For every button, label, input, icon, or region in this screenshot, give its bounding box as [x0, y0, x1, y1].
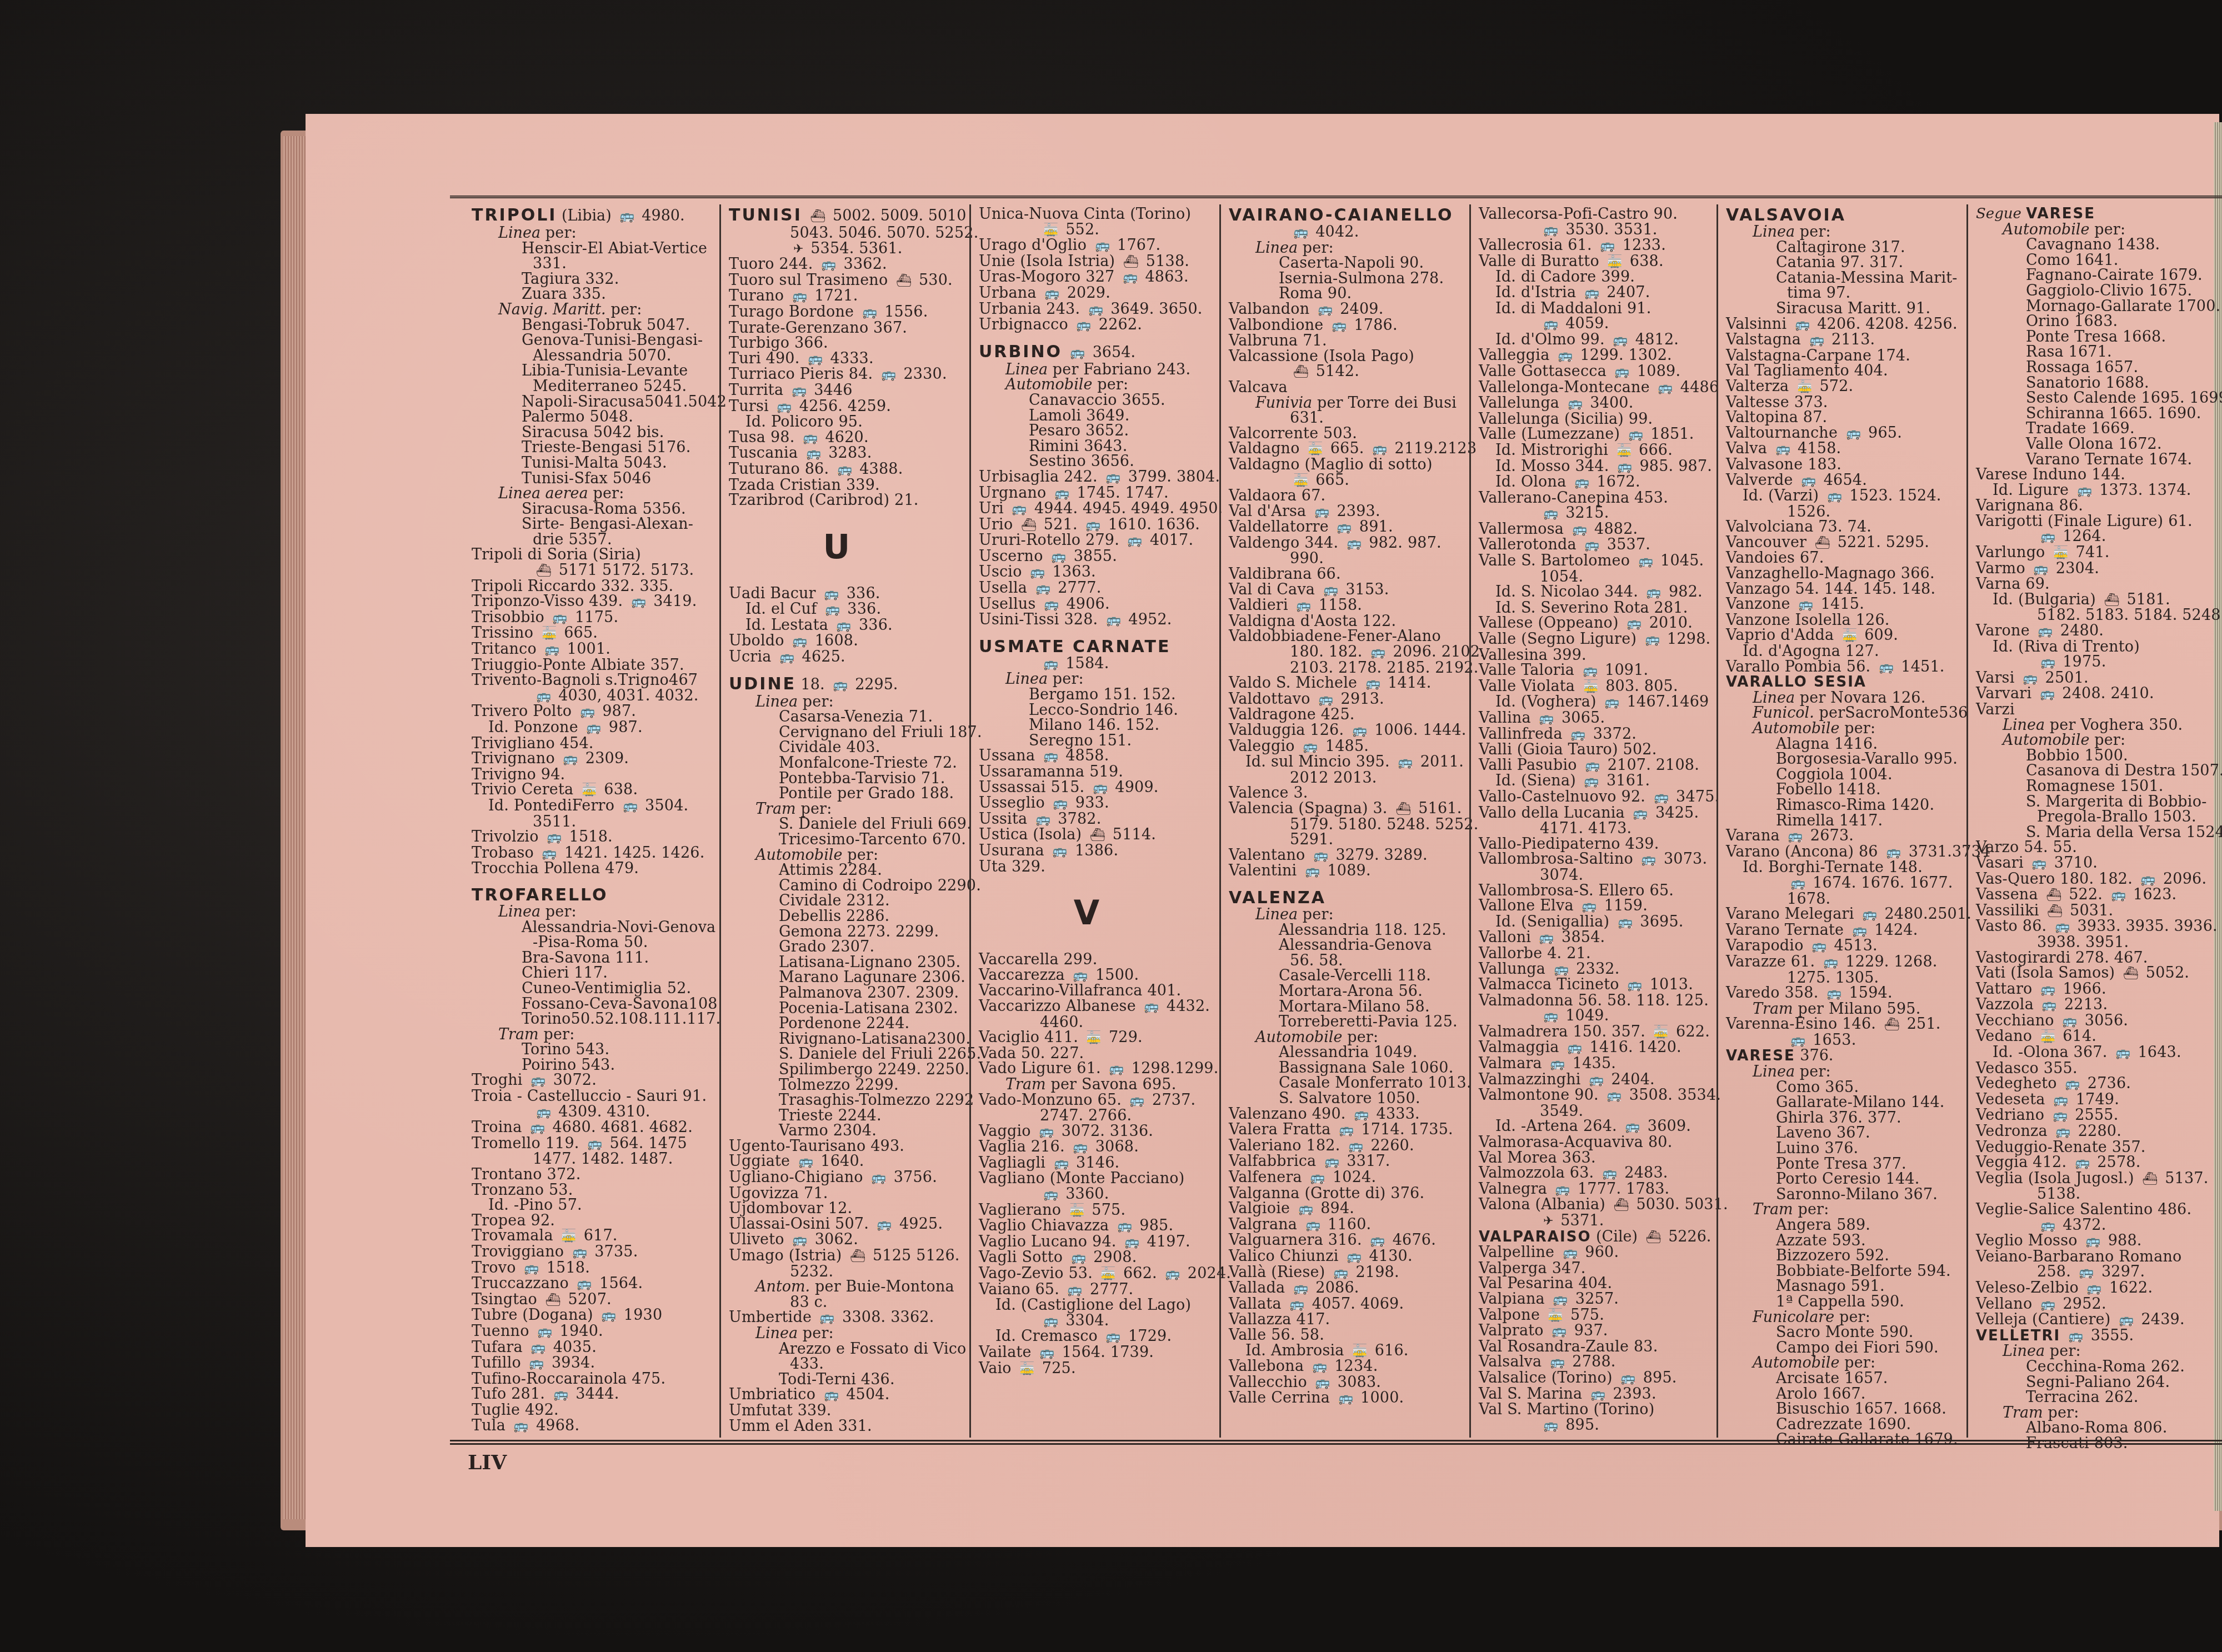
entry: Vallata 🚌 4057. 4069. [1229, 1296, 1467, 1313]
entry: Tromello 119. 🚌 564. 1475 [472, 1136, 719, 1152]
entry: Vastogirardi 278. 467. [1976, 950, 2219, 966]
boat-icon: ⛴ [546, 1293, 560, 1308]
entry: Valdigna d'Aosta 122. [1229, 614, 1467, 629]
bus-icon: 🚌 [553, 1387, 567, 1403]
bus-icon: 🚌 [792, 289, 806, 304]
bus-icon: 🚌 [1627, 616, 1640, 632]
sub-entry: Schiranna 1665. 1690. [1976, 406, 2219, 422]
bus-icon: 🚌 [1563, 1245, 1577, 1261]
section-heading: VARALLO SESIA [1726, 675, 1964, 690]
sub-entry: Latisana-Lignano 2305. [729, 955, 967, 970]
entry: Urago d'Oglio 🚌 1767. [979, 238, 1217, 254]
bus-icon: 🚌 [2087, 1281, 2101, 1296]
entry: Varallo Pombia 56. 🚌 1451. [1726, 659, 1964, 675]
idem-entry: Id. S. Nicolao 344. 🚌 982. [1479, 584, 1716, 600]
bus-icon: 🚌 [1886, 845, 1900, 860]
continuation: 🚌 1264. [1976, 529, 2219, 545]
entry: Tula 🚌 4968. [472, 1418, 719, 1434]
sub-entry: Cairate-Gallarate 1679. [1726, 1432, 1964, 1448]
bus-icon: 🚌 [587, 720, 600, 736]
connection-type: Linea per: [1229, 241, 1467, 256]
entry: Val S. Martino (Torino) [1479, 1402, 1716, 1418]
entry: Valbandon 🚌 2409. [1229, 302, 1467, 318]
tram-icon: 🚋 [1654, 1025, 1668, 1040]
bus-icon: 🚌 [833, 677, 847, 694]
entry: Valtopina 87. [1726, 410, 1964, 425]
bus-icon: 🚌 [821, 257, 835, 273]
tram-icon: 🚋 [1842, 628, 1856, 644]
entry: Vandoies 67. [1726, 550, 1964, 566]
bus-icon: 🚌 [1315, 1375, 1329, 1391]
bus-icon: 🚌 [1070, 344, 1084, 362]
entry: Tusa 98. 🚌 4620. [729, 430, 967, 446]
bus-icon: 🚌 [1332, 318, 1345, 334]
bus-icon: 🚌 [619, 208, 633, 226]
bus-icon: 🚌 [1093, 780, 1107, 796]
letter-divider: U [729, 525, 967, 569]
italic-label: Automobile [755, 847, 842, 864]
entry: Varano Ternate 🚌 1424. [1726, 923, 1964, 939]
continuation: 5043. 5046. 5070. 5252. [729, 226, 967, 241]
heading-detail: 🚌 3555. [2060, 1327, 2134, 1344]
bus-icon: 🚌 [1323, 583, 1337, 598]
continuation: 331. [472, 256, 719, 272]
sub-entry: Terracina 262. [1976, 1390, 2219, 1405]
entry: Vanzago 54. 144. 145. 148. [1726, 582, 1964, 597]
sub-entry: Milano 146. 152. [979, 718, 1217, 733]
bus-icon: 🚌 [1165, 1266, 1179, 1282]
sub-entry: Cecchina-Roma 262. [1976, 1359, 2219, 1375]
entry: Valva 🚌 4158. [1726, 441, 1964, 457]
entry: Valentini 🚌 1089. [1229, 863, 1467, 879]
sub-entry: Fossano-Ceva-Savona108 [472, 997, 719, 1012]
entry: Valli (Gioia Tauro) 502. [1479, 742, 1716, 758]
continuation: 🚌 895. [1479, 1418, 1716, 1434]
bus-icon: 🚌 [2119, 1313, 2133, 1328]
connection-type: Tram per: [472, 1027, 719, 1043]
sub-entry: Casarsa-Venezia 71. [729, 709, 967, 725]
continuation: 5179. 5180. 5248. 5252. [1229, 817, 1467, 833]
boat-icon: ⛴ [1884, 1017, 1899, 1033]
italic-label: Tram [1753, 1000, 1793, 1018]
entry: Tritanco 🚌 1001. [472, 642, 719, 658]
sub-entry: Rimini 3643. [979, 439, 1217, 454]
tram-icon: 🚋 [1293, 473, 1307, 489]
entry: Vallo della Lucania 🚌 3425. [1479, 805, 1716, 822]
heading-detail: ⛴ 5002. 5009. 5010 [802, 207, 967, 224]
sub-entry: S. Maria della Versa 1524. [1976, 825, 2219, 840]
sub-entry: Alagna 1416. [1726, 737, 1964, 752]
entry: Valdagno 🚋 665. 🚌 2119.2123 [1229, 441, 1467, 457]
entry: Tronzano 53. [472, 1183, 719, 1198]
entry: Vedasco 355. [1976, 1061, 2219, 1077]
bus-icon: 🚌 [1298, 1202, 1312, 1217]
italic-label: Funivia [1255, 394, 1312, 412]
bus-icon: 🚌 [1574, 475, 1588, 490]
bus-icon: 🚌 [1799, 597, 1813, 613]
entry: Valstagna-Carpane 174. [1726, 348, 1964, 364]
entry: Vasto 86. 🚌 3933. 3935. 3936. [1976, 919, 2219, 935]
section-heading: VAIRANO-CAIANELLO [1229, 207, 1467, 224]
boat-icon: ⛴ [1021, 518, 1035, 533]
italic-label: Linea [1753, 223, 1795, 241]
entry: Usini-Tissi 328. 🚌 4952. [979, 612, 1217, 628]
sub-entry: Bengasi-Tobruk 5047. [472, 318, 719, 333]
bus-icon: 🚌 [2056, 1124, 2070, 1140]
bus-icon: 🚌 [1553, 1292, 1567, 1308]
tram-icon: 🚋 [1352, 1344, 1366, 1359]
connection-type: Automobile per: [1726, 1355, 1964, 1371]
idem-entry: Id. Mistrorighi 🚋 666. [1479, 443, 1716, 459]
sub-entry: Genova-Tunisi-Bengasi- [472, 333, 719, 348]
entry: Vedeseta 🚌 1749. [1976, 1092, 2219, 1108]
sub-entry: Pontebba-Tarvisio 71. [729, 771, 967, 787]
section-heading: TUNISI ⛴ 5002. 5009. 5010 [729, 207, 967, 226]
entry: Valdragone 425. [1229, 707, 1467, 723]
bus-icon: 🚌 [524, 1261, 538, 1276]
bus-icon: 🚌 [2040, 687, 2054, 702]
bus-icon: 🚌 [1348, 1139, 1362, 1154]
bus-icon: 🚌 [2063, 1014, 2076, 1029]
bus-icon: 🚌 [2115, 1045, 2129, 1061]
connection-type: Linea per Fabriano 243. [979, 362, 1217, 378]
sub-entry: Casale-Vercelli 118. [1229, 968, 1467, 984]
connection-type: Automobile per: [1976, 222, 2219, 238]
connection-type: Automobile per: [1726, 721, 1964, 737]
entry: Vallada 🚌 2086. [1229, 1280, 1467, 1296]
sub-entry: Pesaro 3652. [979, 423, 1217, 439]
boat-icon: ⛴ [2104, 593, 2119, 608]
tram-icon: 🚋 [1308, 442, 1322, 457]
entry: Varone 🚌 2480. [1976, 623, 2219, 639]
tram-icon: 🚋 [1617, 443, 1630, 459]
bus-icon: 🚌 [1054, 1156, 1068, 1172]
entry: Valduggia 126. 🚌 1006. 1444. [1229, 723, 1467, 739]
entry: Valle di Buratto 🚋 638. [1479, 254, 1716, 270]
bus-icon: 🚌 [531, 1340, 544, 1356]
entry: Ugento-Taurisano 493. [729, 1139, 967, 1154]
entry: Vailate 🚌 1564. 1739. [979, 1345, 1217, 1361]
bus-icon: 🚌 [1642, 852, 1655, 868]
entry: Vanzaghello-Magnago 366. [1726, 566, 1964, 582]
sub-entry: Casale Monferrato 1013. [1229, 1075, 1467, 1091]
entry: Valmaggia 🚌 1416. 1420. [1479, 1040, 1716, 1056]
entry: Urbignacco 🚌 2262. [979, 317, 1217, 333]
entry: Valle Gottasecca 🚌 1089. [1479, 364, 1716, 380]
entry: Varapodio 🚌 4513. [1726, 938, 1964, 954]
sub-entry: Frascati 803. [1976, 1436, 2219, 1451]
entry: Tufara 🚌 4035. [472, 1340, 719, 1356]
bus-icon: 🚌 [545, 642, 559, 658]
bus-icon: 🚌 [1823, 955, 1837, 970]
continuation: 🚌 3530. 3531. [1479, 222, 1716, 238]
sub-entry: Varmo 2304. [729, 1123, 967, 1139]
bus-icon: 🚌 [1130, 1093, 1144, 1109]
bus-icon: 🚌 [1071, 1250, 1085, 1266]
sub-entry: 1ª Cappella 590. [1726, 1294, 1964, 1310]
idem-entry: Id. -Olona 367. 🚌 1643. [1976, 1045, 2219, 1061]
continuation: 1054. [1479, 569, 1716, 585]
entry: Valico Chiunzi 🚌 4130. [1229, 1249, 1467, 1265]
sub-entry: Todi-Terni 436. [729, 1372, 967, 1388]
entry: Turriaco Pieris 84. 🚌 2330. [729, 367, 967, 383]
heading-detail: 🚌 3654. [1062, 344, 1135, 361]
bus-icon: 🚌 [1584, 286, 1598, 301]
sub-entry: Masnago 591. [1726, 1279, 1964, 1294]
bus-icon: 🚌 [1293, 1281, 1307, 1296]
bus-icon: 🚌 [1583, 663, 1597, 679]
bus-icon: 🚌 [1352, 723, 1366, 739]
entry: Turbigo 366. [729, 336, 967, 351]
entry: Trivento-Bagnoli s.Trigno467 [472, 673, 719, 688]
bus-icon: 🚌 [1312, 1359, 1326, 1375]
entry: Tuturano 86. 🚌 4388. [729, 462, 967, 478]
entry: Uggiate 🚌 1640. [729, 1154, 967, 1170]
idem-entry: Id. -Artena 264. 🚌 3609. [1479, 1119, 1716, 1135]
italic-label: Linea [1005, 670, 1048, 688]
entry: Varlungo 🚋 741. [1976, 545, 2219, 561]
entry: Vaccarezza 🚌 1500. [979, 968, 1217, 984]
continuation: 3511. [472, 814, 719, 830]
entry: Vallo-Castelnuovo 92. 🚌 3475. [1479, 789, 1716, 805]
bus-icon: 🚌 [1572, 522, 1586, 538]
idem-entry: Id. (Riva di Trento) [1976, 639, 2219, 655]
continuation: 2012 2013. [1229, 770, 1467, 786]
entry: Vazzola 🚌 2213. [1976, 997, 2219, 1013]
sub-entry: Ghirla 376. 377. [1726, 1110, 1964, 1126]
bus-icon: 🚌 [1620, 1371, 1634, 1386]
bus-icon: 🚌 [572, 1245, 586, 1260]
entry: Umbriatico 🚌 4504. [729, 1387, 967, 1403]
sub-entry: Cuneo-Ventimiglia 52. [472, 981, 719, 997]
bus-icon: 🚌 [2053, 1093, 2067, 1108]
italic-label: Tram [755, 800, 796, 818]
entry: Vaglio Lucano 94. 🚌 4197. [979, 1234, 1217, 1250]
sub-entry: Torreberetti-Pavia 125. [1229, 1014, 1467, 1030]
bus-icon: 🚌 [1117, 1219, 1131, 1234]
continuation: 2103. 2178. 2185. 2192. [1229, 660, 1467, 676]
entry: Vallina 🚌 3065. [1479, 710, 1716, 727]
bus-icon: 🚌 [1567, 1040, 1581, 1056]
connection-type: Antom. per Buie-Montona [729, 1279, 967, 1295]
boat-icon: ⛴ [810, 208, 824, 226]
sub-entry: Camino di Codroipo 2290. [729, 878, 967, 894]
entry: Trontano 372. [472, 1167, 719, 1183]
continuation: 🚌 4042. [1229, 224, 1467, 241]
boat-icon: ⛴ [536, 563, 551, 579]
entry: Uta 329. [979, 859, 1217, 875]
bus-icon: 🚌 [2038, 624, 2052, 639]
entry: Valmontone 90. 🚌 3508. 3534. [1479, 1088, 1716, 1104]
idem-entry: Id. d'Istria 🚌 2407. [1479, 285, 1716, 301]
continuation: 433. [729, 1356, 967, 1372]
entry: Valsalice (Torino) 🚌 895. [1479, 1370, 1716, 1386]
bus-icon: 🚌 [1638, 554, 1652, 569]
continuation: Pregola-Brallo 1503. [1976, 809, 2219, 825]
entry: Val d'Arsa 🚌 2393. [1229, 504, 1467, 520]
idem-entry: Id. Ambrosia 🚋 616. [1229, 1343, 1467, 1359]
entry: Valeggio 🚌 1485. [1229, 739, 1467, 755]
continuation: 3549. [1479, 1104, 1716, 1119]
sub-entry: Coggiola 1004. [1726, 767, 1964, 783]
connection-type: Linea per: [979, 672, 1217, 687]
idem-entry: Id. Mosso 344. 🚌 985. 987. [1479, 459, 1716, 475]
bus-icon: 🚌 [1801, 473, 1815, 489]
connection-type: Funicolare per: [1726, 1310, 1964, 1325]
entry: Ussaramanna 519. [979, 764, 1217, 780]
tram-icon: 🚋 [1608, 254, 1622, 270]
sub-entry: Arolo 1667. [1726, 1386, 1964, 1402]
entry: Vaccarino-Villafranca 401. [979, 983, 1217, 999]
bus-icon: 🚌 [1372, 442, 1386, 457]
entry: Troviggiano 🚌 3735. [472, 1244, 719, 1260]
sub-entry: Mortara-Arona 56. [1229, 984, 1467, 999]
entry: Turano 🚌 1721. [729, 288, 967, 304]
entry: Veduggio-Renate 357. [1976, 1140, 2219, 1155]
sub-entry: Arezzo e Fossato di Vico [729, 1341, 967, 1357]
entry: Varmo 🚌 2304. [1976, 561, 2219, 577]
bus-icon: 🚌 [803, 430, 817, 446]
entry: Vaccarella 299. [979, 952, 1217, 968]
bus-icon: 🚌 [1584, 774, 1598, 789]
sub-entry: Trasaghis-Tolmezzo 2292 [729, 1093, 967, 1108]
sub-entry: Bra-Savona 111. [472, 950, 719, 966]
italic-label: Linea [1005, 361, 1048, 378]
bus-icon: 🚌 [1550, 1057, 1564, 1072]
entry: Vaiano 65. 🚌 2777. [979, 1282, 1217, 1298]
bus-icon: 🚌 [1370, 645, 1384, 660]
bus-icon: 🚌 [1617, 459, 1631, 475]
entry: Valpone 🚋 575. [1479, 1308, 1716, 1324]
entry: Uboldo 🚌 1608. [729, 633, 967, 649]
entry: Valmorasa-Acquaviva 80. [1479, 1135, 1716, 1150]
sub-entry: Albano-Roma 806. [1976, 1420, 2219, 1436]
entry: Val S. Marina 🚌 2393. [1479, 1386, 1716, 1403]
bus-icon: 🚌 [2085, 1234, 2099, 1249]
entry: Varazze 61. 🚌 1229. 1268. [1726, 954, 1964, 970]
continuation: 🚌 3304. [979, 1313, 1217, 1329]
entry: Vallà (Riese) 🚌 2198. [1229, 1265, 1467, 1281]
bus-icon: 🚌 [623, 799, 637, 814]
entry: Vado Ligure 61. 🚌 1298.1299. [979, 1061, 1217, 1077]
entry: Usellus 🚌 4906. [979, 597, 1217, 613]
bus-icon: 🚌 [1347, 1249, 1360, 1265]
sub-entry: Ponte Tresa 377. [1726, 1157, 1964, 1172]
sub-entry: Sacro Monte 590. [1726, 1325, 1964, 1340]
continuation: Alessandria 5070. [472, 348, 719, 364]
entry: Truccazzano 🚌 1564. [472, 1276, 719, 1292]
bus-icon: 🚌 [1106, 1329, 1120, 1345]
continuation: 🚌 1049. [1479, 1008, 1716, 1024]
idem-entry: Id. Cremasco 🚌 1729. [979, 1329, 1217, 1345]
entry: Valsinni 🚌 4206. 4208. 4256. [1726, 317, 1964, 333]
bus-icon: 🚌 [2040, 655, 2054, 670]
entry: Tursi 🚌 4256. 4259. [729, 399, 967, 415]
bus-icon: 🚌 [1543, 1009, 1557, 1024]
idem-entry: Id. d'Agogna 127. [1726, 644, 1964, 659]
entry: Val Tagliamento 404. [1726, 363, 1964, 379]
bus-icon: 🚌 [779, 650, 793, 665]
connection-type: Linea per: [472, 904, 719, 920]
connection-type: Tram per Savona 695. [979, 1077, 1217, 1093]
entry: Vecchiano 🚌 3056. [1976, 1013, 2219, 1029]
entry: Vallerano-Canepina 453. [1479, 490, 1716, 506]
section-heading: VALENZA [1229, 889, 1467, 907]
entry: Ujdombovar 12. [729, 1201, 967, 1217]
sub-entry: Azzate 593. [1726, 1233, 1964, 1249]
entry: Valle Taloria 🚌 1091. [1479, 663, 1716, 679]
continuation: 🚌 3360. [979, 1187, 1217, 1203]
bus-icon: 🚌 [2053, 1108, 2066, 1124]
sub-entry: Ponte Tresa 1668. [1976, 329, 2219, 345]
entry: Valdengo 344. 🚌 982. 987. [1229, 535, 1467, 552]
bus-icon: 🚌 [1053, 796, 1067, 812]
entry: Varzi [1976, 702, 2219, 718]
entry: Umm el Aden 331. [729, 1419, 967, 1434]
index-column-1: TRIPOLI (Libia) 🚌 4980.Linea per:Henscir… [469, 204, 719, 1438]
sub-entry: Henscir-El Abiat-Vertice [472, 241, 719, 257]
entry: Troghi 🚌 3072. [472, 1073, 719, 1089]
bus-icon: 🚌 [1035, 812, 1049, 828]
bus-icon: 🚌 [1318, 692, 1332, 708]
bus-icon: 🚌 [1568, 396, 1582, 412]
continuation: 🚌 4059. [1479, 316, 1716, 332]
bus-icon: 🚌 [2069, 1329, 2083, 1344]
sub-entry: Varano Ternate 1674. [1976, 452, 2219, 468]
entry: Valentano 🚌 3279. 3289. [1229, 848, 1467, 864]
entry: Valterza 🚋 572. [1726, 379, 1964, 395]
bus-icon: 🚌 [631, 594, 645, 610]
bus-icon: 🚌 [1297, 598, 1310, 614]
entry: Vanzone Isolella 126. [1726, 613, 1964, 628]
idem-entry: Id. PontediFerro 🚌 3504. [472, 798, 719, 814]
bus-icon: 🚌 [798, 1154, 812, 1170]
sub-entry: Bassignana Sale 1060. [1229, 1060, 1467, 1076]
bus-icon: 🚌 [777, 399, 791, 415]
entry: Tuscania 🚌 3283. [729, 445, 967, 462]
entry: Vaccarizzo Albanese 🚌 4432. [979, 999, 1217, 1015]
sub-entry: Grado 2307. [729, 939, 967, 955]
entry: Usurana 🚌 1386. [979, 843, 1217, 859]
sub-entry: S. Daniele del Friuli 669. [729, 817, 967, 832]
italic-label: Linea [755, 693, 798, 710]
sub-entry: Siracusa 5042 bis. [472, 425, 719, 440]
sub-entry: Bisuschio 1657. 1668. [1726, 1401, 1964, 1417]
continuation: 3074. [1479, 868, 1716, 883]
entry: Val Morea 363. [1479, 1150, 1716, 1166]
entry: Vallo-Piedipaterno 439. [1479, 837, 1716, 852]
boat-icon: ⛴ [2142, 1172, 2156, 1187]
entry: Trivolzio 🚌 1518. [472, 829, 719, 845]
continuation: 4171. 4173. [1479, 821, 1716, 837]
sub-entry: Como 1641. [1976, 253, 2219, 268]
connection-type: Linea per Voghera 350. [1976, 718, 2219, 733]
entry: Valprato 🚌 937. [1479, 1323, 1716, 1339]
idem-entry: Id. Borghi-Ternate 148. [1726, 860, 1964, 875]
entry: Tufo 281. 🚌 3444. [472, 1386, 719, 1403]
boat-icon: ⛴ [1293, 364, 1308, 380]
entry: Veggia 412. 🚌 2578. [1976, 1155, 2219, 1171]
index-column-7: Segue VARESEAutomobile per:Cavagnano 143… [1966, 204, 2219, 1438]
entry: Umbertide 🚌 3308. 3362. [729, 1310, 967, 1326]
bus-icon: 🚌 [1862, 907, 1876, 923]
bus-icon: 🚌 [1811, 939, 1825, 954]
entry: Valstagna 🚌 2113. [1726, 332, 1964, 348]
italic-label: Antom. [755, 1278, 810, 1295]
entry: Vallorbe 4. 21. [1479, 946, 1716, 962]
sub-entry: Siracusa-Roma 5356. [472, 502, 719, 517]
continuation: 2747. 2766. [979, 1108, 1217, 1124]
